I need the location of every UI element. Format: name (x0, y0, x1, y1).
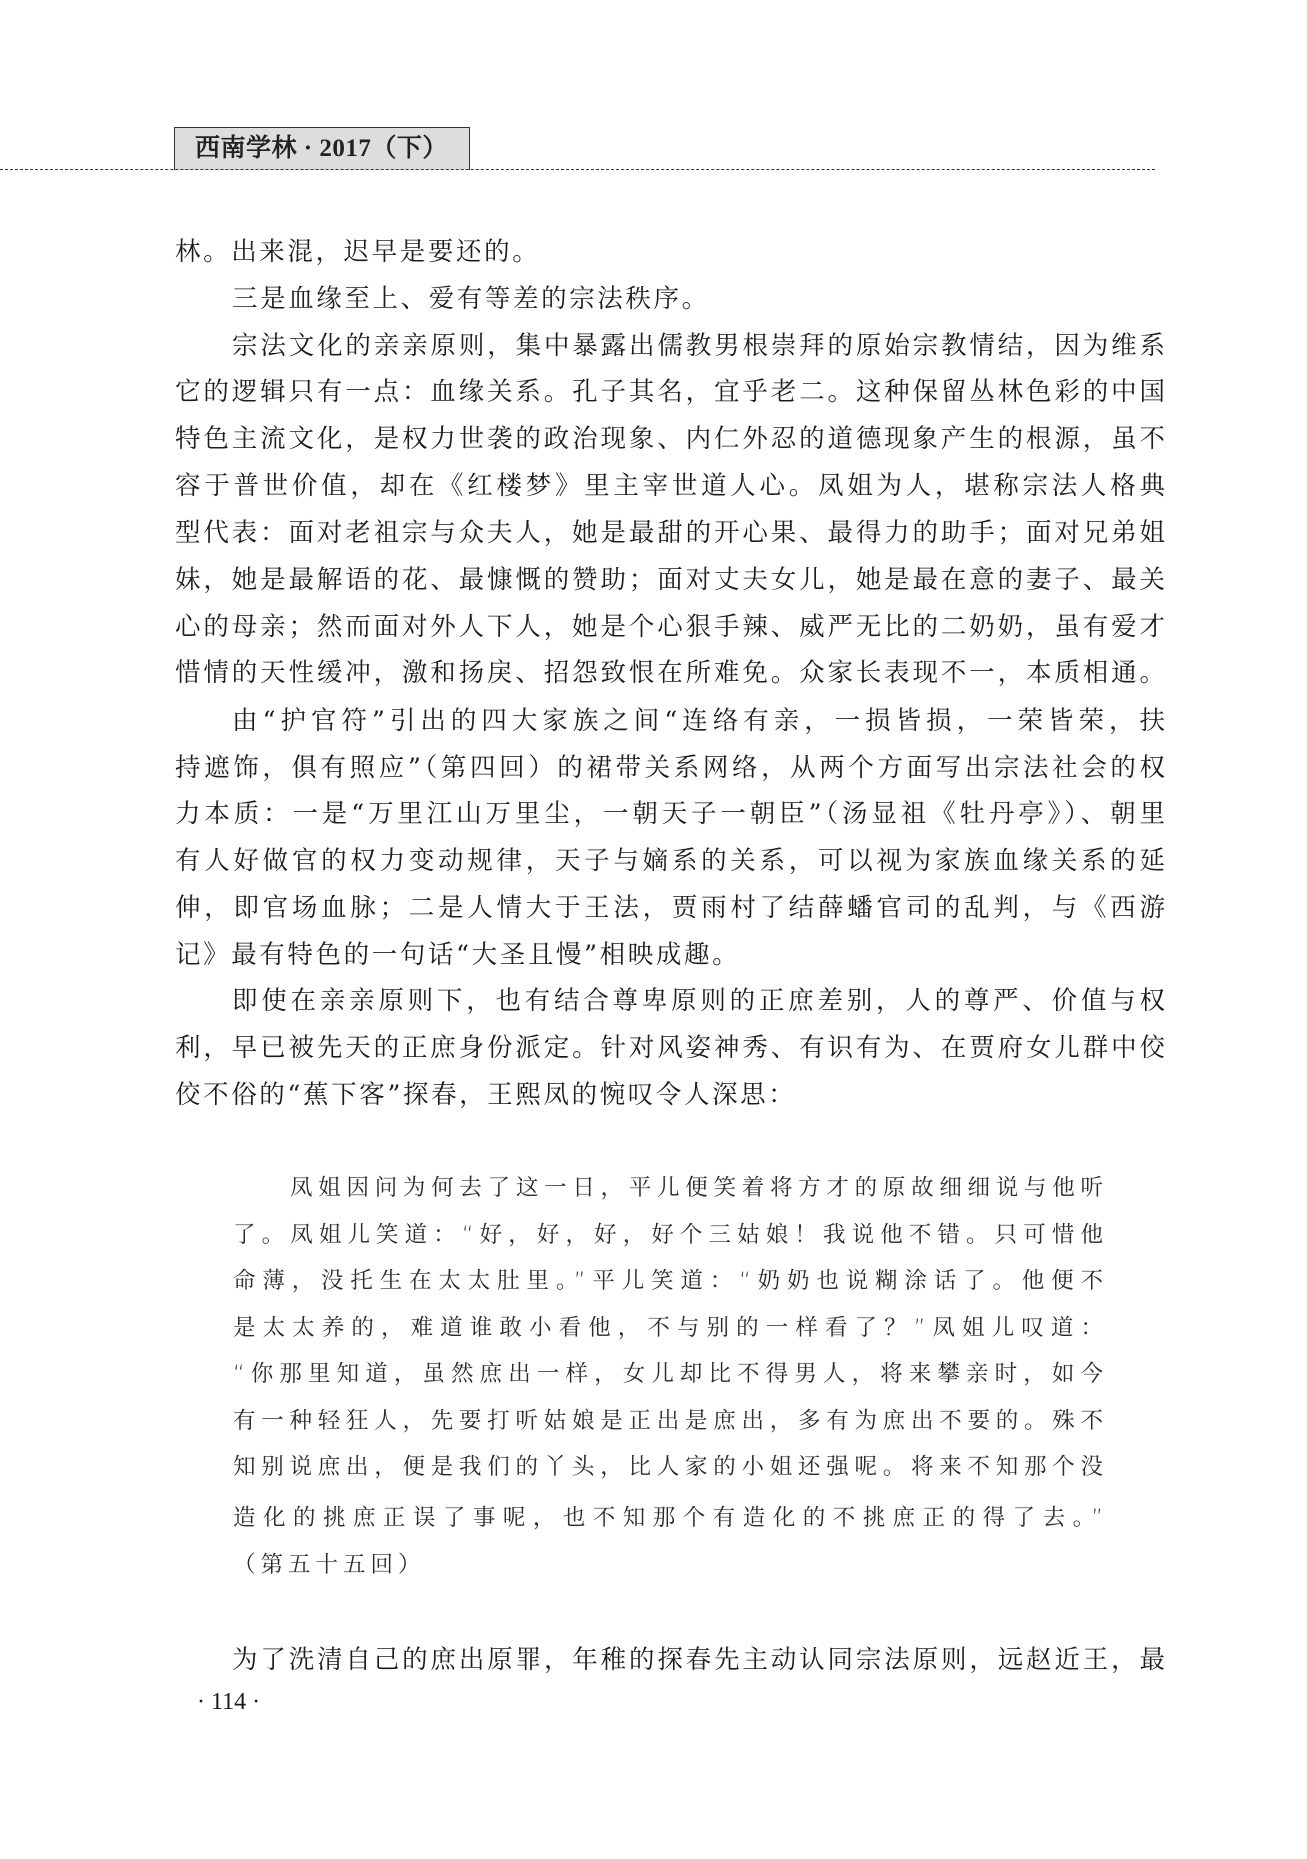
quote-line: 是太太养的，难道谁敢小看他，不与别的一样看了？”凤姐儿叹道： (233, 1305, 1103, 1351)
quote-line: 凤姐因问为何去了这一日，平儿便笑着将方才的原故细细说与他听 (233, 1165, 1103, 1211)
quote-line: 命薄，没托生在太太肚里。”平儿笑道：“奶奶也说糊涂话了。他便不 (233, 1258, 1103, 1304)
body-line: 即使在亲亲原则下，也有结合尊卑原则的正庶差别，人的尊严、价值与权 (175, 978, 1165, 1025)
quote-source: （第五十五回） (233, 1542, 1103, 1588)
body-line: 记》最有特色的一句话“大圣且慢”相映成趣。 (175, 932, 1165, 979)
body-line: 有人好做官的权力变动规律，天子与嫡系的关系，可以视为家族血缘关系的延 (175, 838, 1165, 885)
body-line: 持遮饰，俱有照应”（第四回）的裙带关系网络，从两个方面写出宗法社会的权 (175, 745, 1165, 792)
body-line: 由“护官符”引出的四大家族之间“连络有亲，一损皆损，一荣皆荣，扶 (175, 698, 1165, 745)
body-line: 心的母亲；然而面对外人下人，她是个心狠手辣、威严无比的二奶奶，虽有爱才 (175, 604, 1165, 651)
quote-line: 有一种轻狂人，先要打听姑娘是正出是庶出，多有为庶出不要的。殊不 (233, 1398, 1103, 1444)
body-line: 利，早已被先天的正庶身份派定。针对风姿神秀、有识有为、在贾府女儿群中佼 (175, 1025, 1165, 1072)
body-line: 特色主流文化，是权力世袭的政治现象、内仁外忍的道德现象产生的根源，虽不 (175, 416, 1165, 463)
body-line: 宗法文化的亲亲原则，集中暴露出儒教男根崇拜的原始宗教情结，因为维系 (175, 323, 1165, 370)
body-line: 惜情的天性缓冲，激和扬戾、招怨致恨在所难免。众家长表现不一，本质相通。 (175, 650, 1165, 697)
document-page: 西南学林 · 2017（下） 林。出来混，迟早是要还的。 三是血缘至上、爱有等差… (0, 0, 1307, 1859)
running-head-title: 西南学林 · 2017（下） (174, 127, 470, 170)
quote-line: 造化的挑庶正误了事呢，也不知那个有造化的不挑庶正的得了去。” (233, 1495, 1103, 1541)
body-line: 它的逻辑只有一点：血缘关系。孔子其名，宜乎老二。这种保留丛林色彩的中国 (175, 369, 1165, 416)
header-dashed-rule (0, 169, 1155, 170)
body-line: 林。出来混，迟早是要还的。 (175, 229, 1165, 276)
quote-line: 知别说庶出，便是我们的丫头，比人家的小姐还强呢。将来不知那个没 (233, 1444, 1103, 1490)
body-line: 妹，她是最解语的花、最慷慨的赞助；面对丈夫女儿，她是最在意的妻子、最关 (175, 557, 1165, 604)
body-line: 伸，即官场血脉；二是人情大于王法，贾雨村了结薛蟠官司的乱判，与《西游 (175, 885, 1165, 932)
body-line: 力本质：一是“万里江山万里尘，一朝天子一朝臣”（汤显祖《牡丹亭》）、朝里 (175, 791, 1165, 838)
body-line: 容于普世价值，却在《红楼梦》里主宰世道人心。凤姐为人，堪称宗法人格典 (175, 463, 1165, 510)
body-line: 型代表：面对老祖宗与众夫人，她是最甜的开心果、最得力的助手；面对兄弟姐 (175, 510, 1165, 557)
quote-line: 了。凤姐儿笑道：“好，好，好，好个三姑娘！我说他不错。只可惜他 (233, 1212, 1103, 1258)
body-line: 三是血缘至上、爱有等差的宗法秩序。 (175, 276, 1165, 323)
body-line: 为了洗清自己的庶出原罪，年稚的探春先主动认同宗法原则，远赵近王，最 (175, 1637, 1165, 1684)
page-number: · 114 · (197, 1686, 260, 1718)
body-line: 佼不俗的“蕉下客”探春，王熙凤的惋叹令人深思： (175, 1072, 1165, 1119)
quote-line: “你那里知道，虽然庶出一样，女儿却比不得男人，将来攀亲时，如今 (233, 1351, 1103, 1397)
